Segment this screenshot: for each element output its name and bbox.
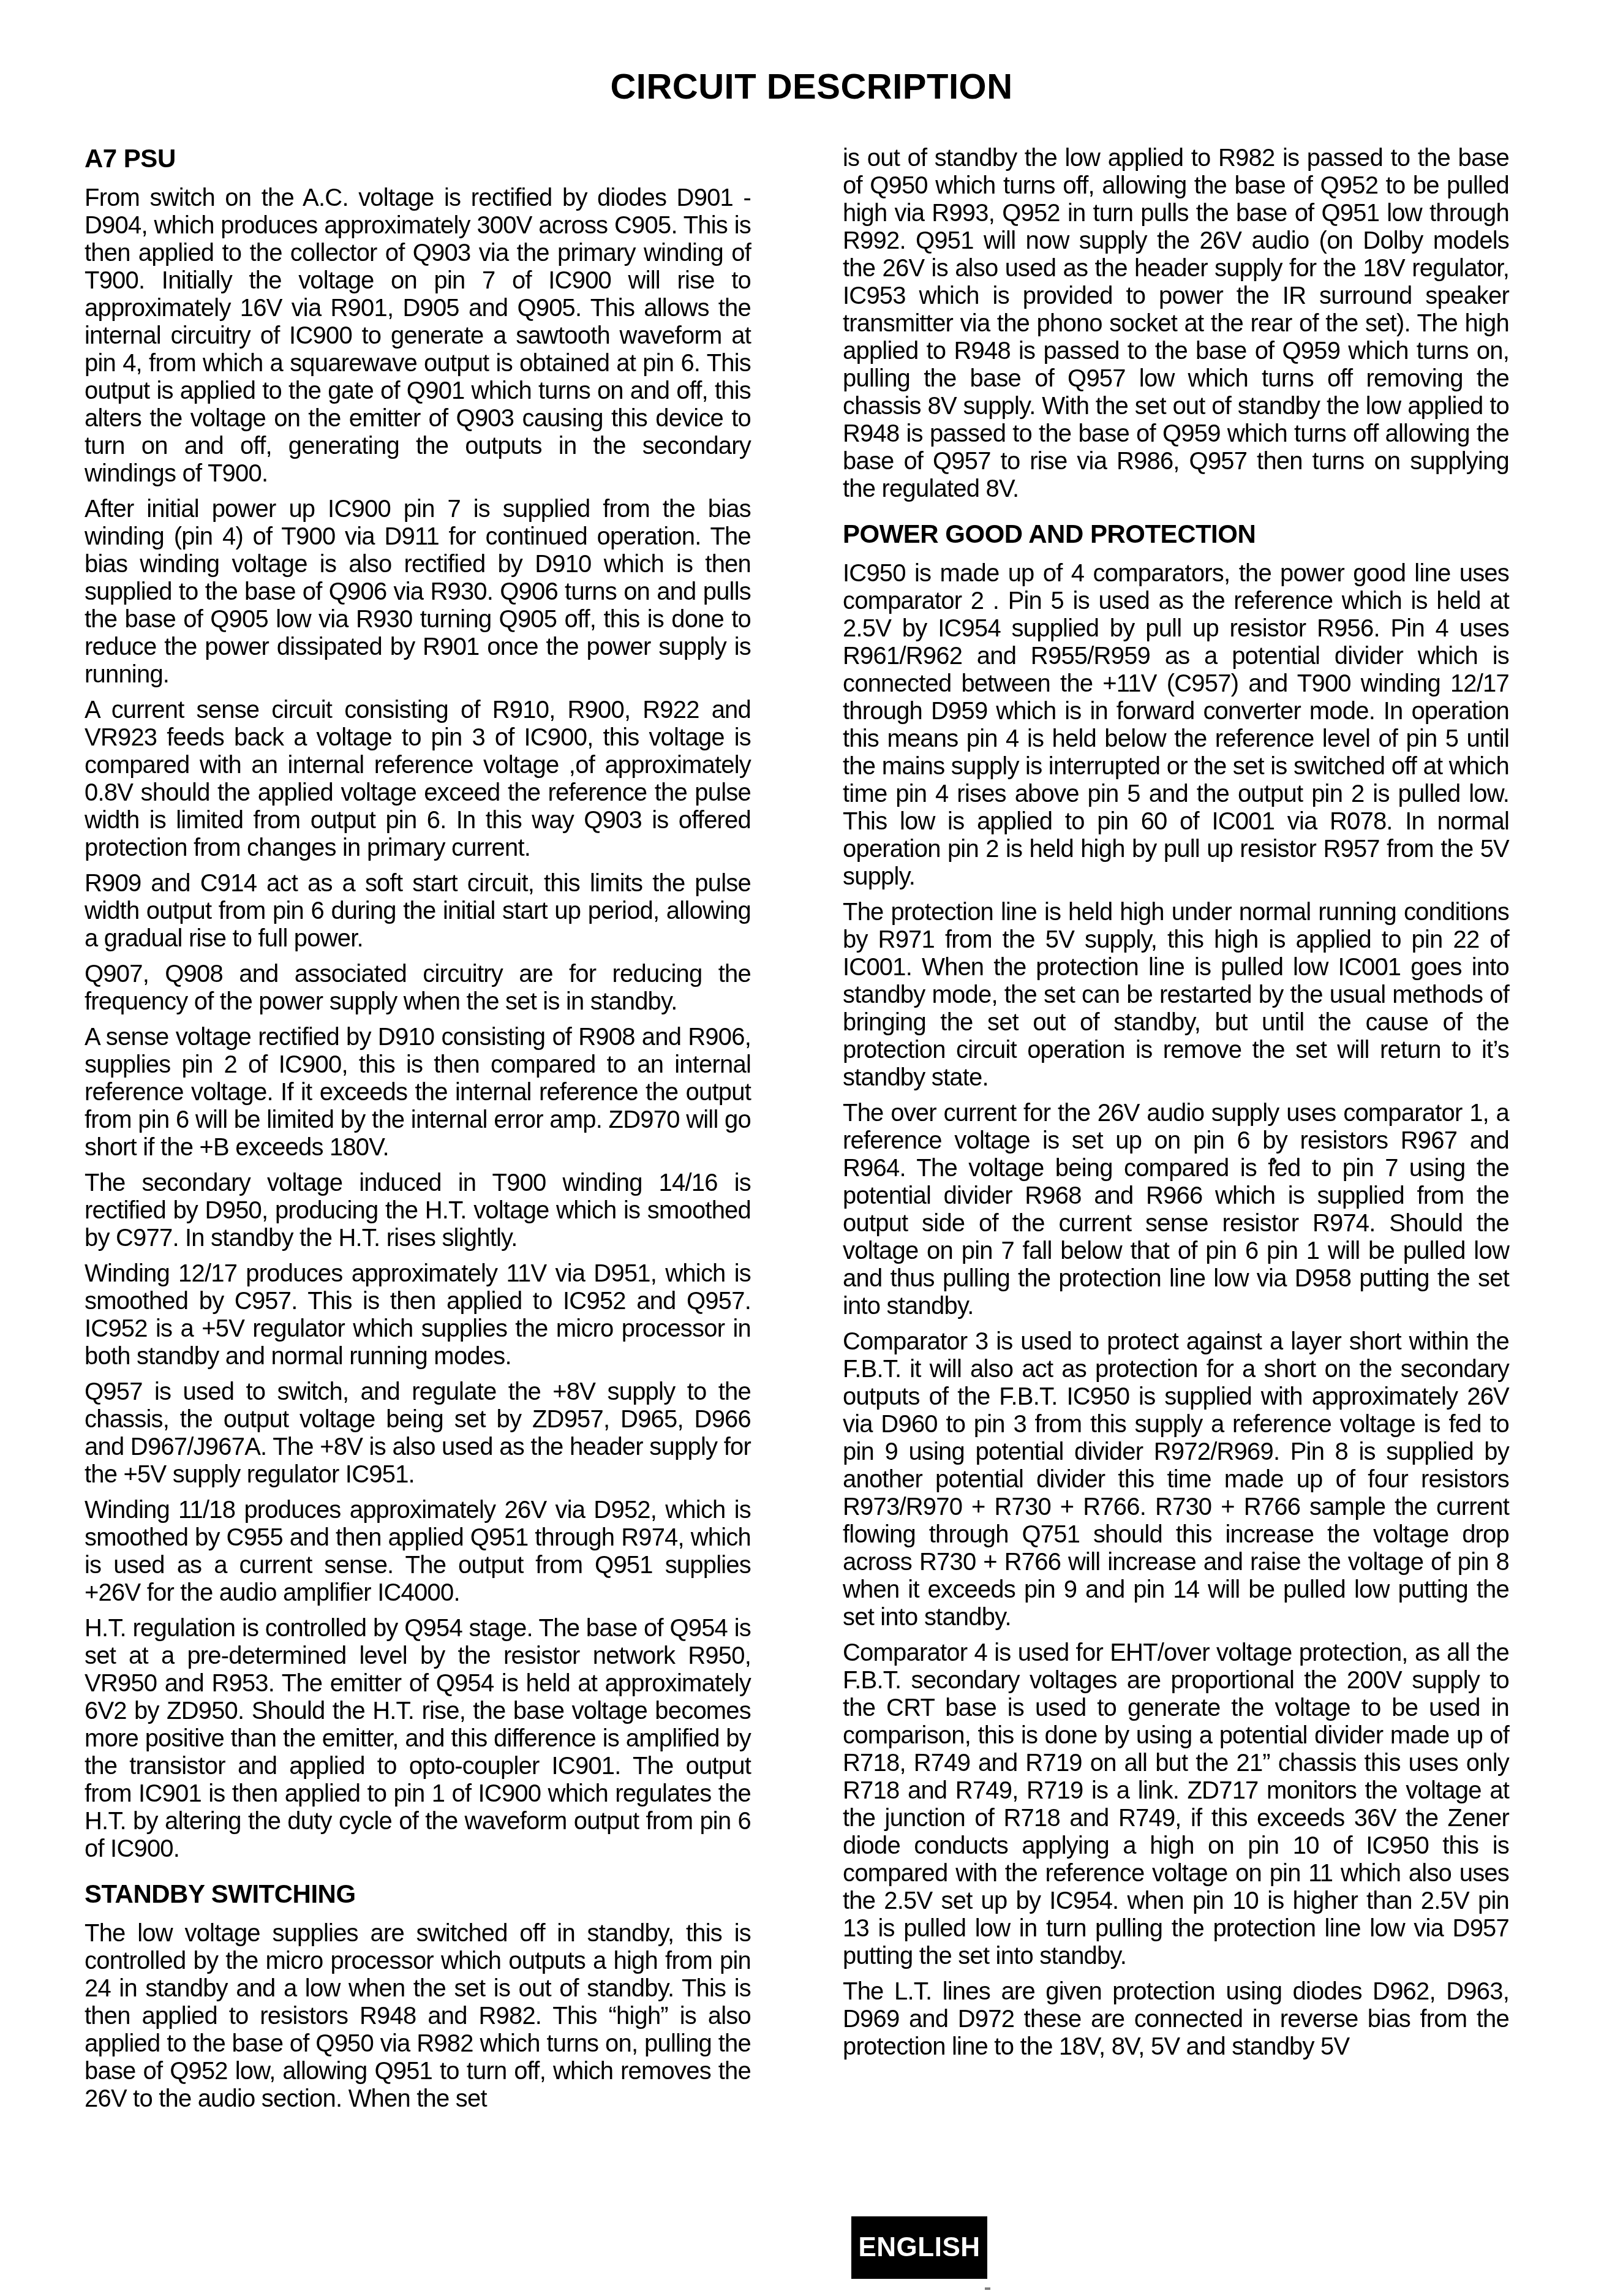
paragraph: The protection line is held high under n…	[843, 899, 1509, 1092]
paragraph: Q957 is used to switch, and regulate the…	[85, 1378, 751, 1489]
heading-a7-psu: A7 PSU	[85, 145, 751, 172]
paragraph: A sense voltage rectified by D910 consis…	[85, 1024, 751, 1161]
paragraph: is out of standby the low applied to R98…	[843, 145, 1509, 503]
paragraph: H.T. regulation is controlled by Q954 st…	[85, 1615, 751, 1863]
paragraph: Comparator 4 is used for EHT/over voltag…	[843, 1639, 1509, 1970]
heading-power-good-and-protection: POWER GOOD AND PROTECTION	[843, 520, 1509, 548]
paragraph: From switch on the A.C. voltage is recti…	[85, 184, 751, 488]
paragraph: IC950 is made up of 4 comparators, the p…	[843, 560, 1509, 891]
page-title: CIRCUIT DESCRIPTION	[0, 66, 1623, 107]
paragraph: Comparator 3 is used to protect against …	[843, 1328, 1509, 1631]
scan-noise-speck	[1273, 1160, 1276, 1163]
paragraph: After initial power up IC900 pin 7 is su…	[85, 496, 751, 689]
paragraph: Winding 11/18 produces approximately 26V…	[85, 1497, 751, 1607]
paragraph: The low voltage supplies are switched of…	[85, 1920, 751, 2113]
paragraph: The L.T. lines are given protection usin…	[843, 1978, 1509, 2061]
paragraph: The secondary voltage induced in T900 wi…	[85, 1169, 751, 1252]
scan-noise-speck	[985, 2287, 990, 2290]
left-column: A7 PSU From switch on the A.C. voltage i…	[85, 145, 751, 2121]
paragraph: A current sense circuit consisting of R9…	[85, 697, 751, 862]
paragraph: Q907, Q908 and associated circuitry are …	[85, 961, 751, 1016]
paragraph: The over current for the 26V audio suppl…	[843, 1100, 1509, 1320]
paragraph: R909 and C914 act as a soft start circui…	[85, 870, 751, 953]
paragraph: Winding 12/17 produces approximately 11V…	[85, 1260, 751, 1370]
heading-standby-switching: STANDBY SWITCHING	[85, 1880, 751, 1908]
right-column: is out of standby the low applied to R98…	[843, 145, 1509, 2069]
scanned-document-page: CIRCUIT DESCRIPTION A7 PSU From switch o…	[0, 0, 1623, 2296]
english-language-badge: ENGLISH	[851, 2216, 987, 2279]
